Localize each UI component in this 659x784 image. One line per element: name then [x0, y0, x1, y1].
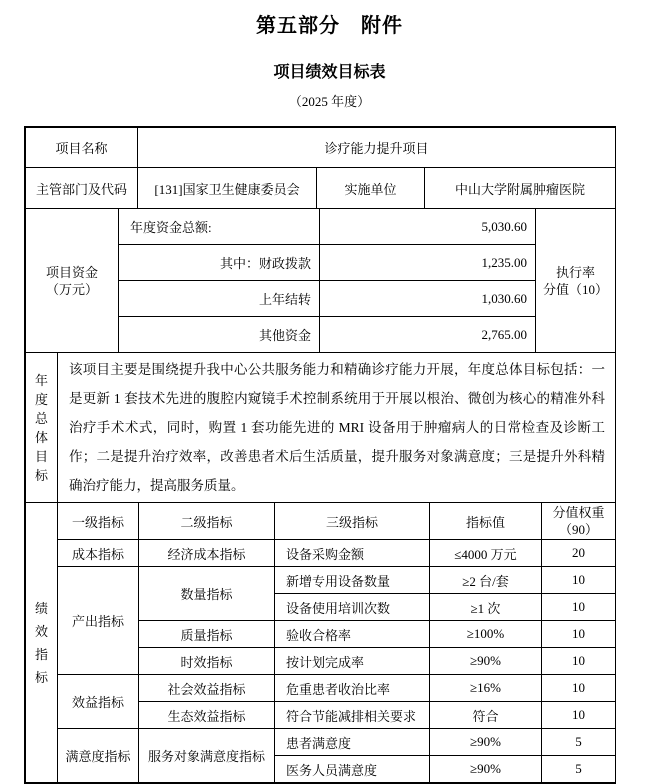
- indicator-row: 成本指标 经济成本指标 设备采购金额 ≤4000 万元 20: [26, 540, 616, 567]
- indicator-row: 效益指标 社会效益指标 危重患者收治比率 ≥16% 10: [26, 675, 616, 702]
- header-level2: 二级指标: [139, 503, 275, 540]
- level3-cell: 危重患者收治比率: [275, 675, 430, 702]
- score-cell: 10: [542, 702, 616, 729]
- indicator-row: 产出指标 数量指标 新增专用设备数量 ≥2 台/套 10: [26, 567, 616, 594]
- level2-cell: 数量指标: [139, 567, 275, 621]
- score-cell: 5: [542, 729, 616, 756]
- score-cell: 10: [542, 567, 616, 594]
- basic-info-section: 项目名称 诊疗能力提升项目 主管部门及代码 [131]国家卫生健康委员会 实施单…: [25, 127, 616, 209]
- level2-cell: 生态效益指标: [139, 702, 275, 729]
- funds-item-label: 上年结转: [119, 281, 320, 317]
- header-score-weight: 分值权重 （90）: [542, 503, 616, 540]
- target-value-cell: 符合: [430, 702, 542, 729]
- funds-row: 项目资金 （万元） 年度资金总额: 5,030.60 执行率 分值（10）: [26, 209, 616, 245]
- target-value-cell: ≥90%: [430, 648, 542, 675]
- annual-goal-row: 年 度 总 体 目 标 该项目主要是围绕提升我中心公共服务能力和精确诊疗能力开展…: [26, 353, 616, 503]
- level1-cell: 产出指标: [58, 567, 139, 675]
- implementing-unit-label: 实施单位: [317, 168, 425, 209]
- table-title: 项目绩效目标表: [0, 59, 659, 82]
- funds-item-value: 1,235.00: [320, 245, 536, 281]
- annual-goal-side-label: 年 度 总 体 目 标: [26, 353, 58, 503]
- execution-rate-label: 执行率 分值（10）: [536, 209, 616, 353]
- level3-cell: 新增专用设备数量: [275, 567, 430, 594]
- level3-cell: 符合节能减排相关要求: [275, 702, 430, 729]
- target-value-cell: ≥16%: [430, 675, 542, 702]
- funds-item-label: 年度资金总额:: [119, 209, 320, 245]
- level3-cell: 按计划完成率: [275, 648, 430, 675]
- table-year-note: （2025 年度）: [0, 91, 659, 110]
- document-section-title: 第五部分 附件: [0, 0, 659, 38]
- project-name-value: 诊疗能力提升项目: [138, 128, 616, 168]
- target-value-cell: ≥90%: [430, 756, 542, 783]
- level1-cell: 满意度指标: [58, 729, 139, 783]
- level2-cell: 质量指标: [139, 621, 275, 648]
- indicator-row: 满意度指标 服务对象满意度指标 患者满意度 ≥90% 5: [26, 729, 616, 756]
- level3-cell: 设备采购金额: [275, 540, 430, 567]
- score-cell: 10: [542, 594, 616, 621]
- score-cell: 20: [542, 540, 616, 567]
- indicators-header-row: 绩 效 指 标 一级指标 二级指标 三级指标 指标值 分值权重 （90）: [26, 503, 616, 540]
- department-value: [131]国家卫生健康委员会: [138, 168, 317, 209]
- header-level1: 一级指标: [58, 503, 139, 540]
- target-value-cell: ≥1 次: [430, 594, 542, 621]
- department-label: 主管部门及代码: [26, 168, 138, 209]
- performance-indicators-section: 绩 效 指 标 一级指标 二级指标 三级指标 指标值 分值权重 （90） 成本指…: [25, 502, 616, 783]
- level2-cell: 社会效益指标: [139, 675, 275, 702]
- target-value-cell: ≤4000 万元: [430, 540, 542, 567]
- funds-item-label: 其他资金: [119, 317, 320, 353]
- level1-cell: 成本指标: [58, 540, 139, 567]
- level3-cell: 验收合格率: [275, 621, 430, 648]
- project-name-label: 项目名称: [26, 128, 138, 168]
- funds-item-value: 2,765.00: [320, 317, 536, 353]
- level2-cell: 时效指标: [139, 648, 275, 675]
- funds-item-label: 其中：财政拨款: [119, 245, 320, 281]
- score-cell: 10: [542, 648, 616, 675]
- performance-target-table: 项目名称 诊疗能力提升项目 主管部门及代码 [131]国家卫生健康委员会 实施单…: [24, 126, 616, 784]
- score-cell: 10: [542, 621, 616, 648]
- target-value-cell: ≥90%: [430, 729, 542, 756]
- project-funds-section: 项目资金 （万元） 年度资金总额: 5,030.60 执行率 分值（10） 其中…: [25, 208, 616, 353]
- funds-item-value: 5,030.60: [320, 209, 536, 245]
- project-name-row: 项目名称 诊疗能力提升项目: [26, 128, 616, 168]
- level3-cell: 医务人员满意度: [275, 756, 430, 783]
- annual-goal-section: 年 度 总 体 目 标 该项目主要是围绕提升我中心公共服务能力和精确诊疗能力开展…: [25, 352, 616, 503]
- header-target-value: 指标值: [430, 503, 542, 540]
- header-level3: 三级指标: [275, 503, 430, 540]
- level3-cell: 设备使用培训次数: [275, 594, 430, 621]
- indicators-side-label: 绩 效 指 标: [26, 503, 58, 783]
- level3-cell: 患者满意度: [275, 729, 430, 756]
- score-cell: 10: [542, 675, 616, 702]
- funds-item-value: 1,030.60: [320, 281, 536, 317]
- funds-section-label: 项目资金 （万元）: [26, 209, 119, 353]
- level2-cell: 经济成本指标: [139, 540, 275, 567]
- level1-cell: 效益指标: [58, 675, 139, 729]
- annual-goal-text: 该项目主要是围绕提升我中心公共服务能力和精确诊疗能力开展，年度总体目标包括：一是…: [58, 353, 616, 503]
- target-value-cell: ≥2 台/套: [430, 567, 542, 594]
- implementing-unit-value: 中山大学附属肿瘤医院: [425, 168, 616, 209]
- level2-cell: 服务对象满意度指标: [139, 729, 275, 783]
- department-row: 主管部门及代码 [131]国家卫生健康委员会 实施单位 中山大学附属肿瘤医院: [26, 168, 616, 209]
- target-value-cell: ≥100%: [430, 621, 542, 648]
- score-cell: 5: [542, 756, 616, 783]
